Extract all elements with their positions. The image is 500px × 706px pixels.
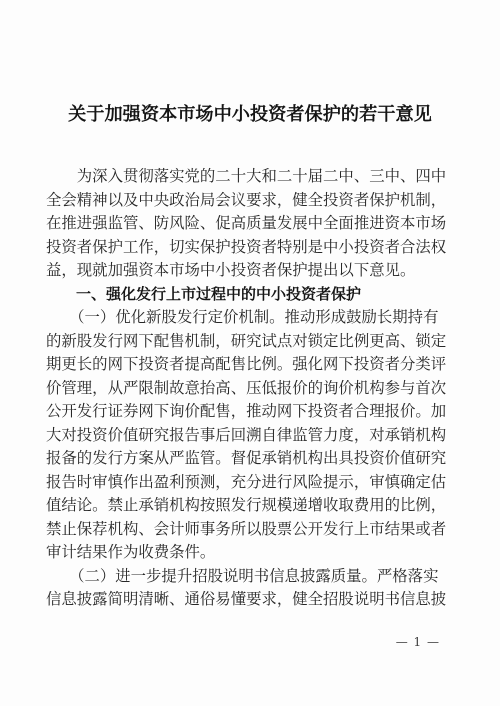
paragraph-item-2: （二）进一步提升招股说明书信息披露质量。严格落实信息披露简明清晰、通俗易懂要求，… xyxy=(46,565,452,612)
text-line: 审计结果作为收费条件。 xyxy=(46,541,452,565)
text-line: 禁止保荐机构、会计师事务所以股票公开发行上市结果或者 xyxy=(46,518,452,542)
text-line: （一）优化新股发行定价机制。推动形成鼓励长期持有 xyxy=(46,306,452,330)
text-line: 报备的发行方案从严监管。督促承销机构出具投资价值研究 xyxy=(46,447,452,471)
page-number: — 1 — xyxy=(396,634,440,650)
text-line: 报告时审慎作出盈利预测，充分进行风险提示，审慎确定估 xyxy=(46,471,452,495)
document-body: 为深入贯彻落实党的二十大和二十届二中、三中、四中全会精神以及中央政治局会议要求，… xyxy=(46,165,452,612)
text-line: 的新股发行网下配售机制，研究试点对锁定比例更高、锁定 xyxy=(46,330,452,354)
document-page: 关于加强资本市场中小投资者保护的若干意见 为深入贯彻落实党的二十大和二十届二中、… xyxy=(0,0,500,706)
text-line: 价管理，从严限制故意抬高、压低报价的询价机构参与首次 xyxy=(46,377,452,401)
paragraph-section-1-heading: 一、强化发行上市过程中的中小投资者保护 xyxy=(46,283,452,307)
text-line: 值结论。禁止承销机构按照发行规模递增收取费用的比例， xyxy=(46,494,452,518)
text-line: 信息披露简明清晰、通俗易懂要求，健全招股说明书信息披 xyxy=(46,588,452,612)
text-line: 在推进强监管、防风险、促高质量发展中全面推进资本市场 xyxy=(46,212,452,236)
text-line: 一、强化发行上市过程中的中小投资者保护 xyxy=(46,283,452,307)
text-line: 期更长的网下投资者提高配售比例。强化网下投资者分类评 xyxy=(46,353,452,377)
text-line: 全会精神以及中央政治局会议要求，健全投资者保护机制， xyxy=(46,189,452,213)
text-line: 投资者保护工作，切实保护投资者特别是中小投资者合法权 xyxy=(46,236,452,260)
paragraph-intro: 为深入贯彻落实党的二十大和二十届二中、三中、四中全会精神以及中央政治局会议要求，… xyxy=(46,165,452,283)
paragraph-item-1: （一）优化新股发行定价机制。推动形成鼓励长期持有的新股发行网下配售机制，研究试点… xyxy=(46,306,452,565)
text-line: 益，现就加强资本市场中小投资者保护提出以下意见。 xyxy=(46,259,452,283)
text-line: （二）进一步提升招股说明书信息披露质量。严格落实 xyxy=(46,565,452,589)
text-line: 大对投资价值研究报告事后回溯自律监管力度，对承销机构 xyxy=(46,424,452,448)
text-line: 公开发行证券网下询价配售，推动网下投资者合理报价。加 xyxy=(46,400,452,424)
text-line: 为深入贯彻落实党的二十大和二十届二中、三中、四中 xyxy=(46,165,452,189)
document-title: 关于加强资本市场中小投资者保护的若干意见 xyxy=(0,101,500,128)
